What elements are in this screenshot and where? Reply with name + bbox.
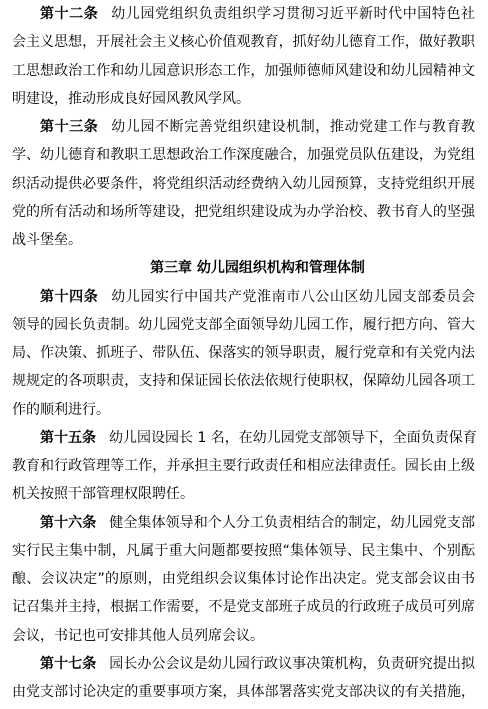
chapter-heading: 第三章 幼儿园组织机构和管理体制 [12,254,475,282]
paragraph-line: 党的所有活动和场所等建设，把党组织建设成为办学治校、教书育人的坚强 [12,198,475,226]
paragraph-line: 学、幼儿德育和教职工思想政治工作深度融合，加强党员队伍建设，为党组 [12,141,475,169]
paragraph-line: 实行民主集中制，凡属于重大问题都要按照“集体领导、民主集中、个别酝 [12,537,475,565]
paragraph-line: 由党支部讨论决定的重要事项方案，具体部署落实党支部决议的有关措施， [12,678,475,706]
line-text: 幼儿园实行中国共产党淮南市八公山区幼儿园支部委员会 [111,289,475,305]
paragraph-line: 作的顺利进行。 [12,396,475,424]
line-text: 幼儿园设园长 1 名，在幼儿园党支部领导下，全面负责保育 [109,430,477,446]
article-label: 第十二条 [40,6,98,22]
article-label: 第十七条 [40,656,96,672]
paragraph-first-line: 第十六条健全集体领导和个人分工负责相结合的制定，幼儿园党支部 [12,509,475,537]
article-label: 第十六条 [40,515,96,531]
article-16: 第十六条健全集体领导和个人分工负责相结合的制定，幼儿园党支部 实行民主集中制，凡… [12,509,475,650]
line-text: 幼儿园党组织负责组织学习贯彻习近平新时代中国特色社 [111,6,475,22]
line-text: 健全集体领导和个人分工负责相结合的制定，幼儿园党支部 [109,515,475,531]
paragraph-line: 规规定的各项职责，支持和保证园长依法依规行使职权，保障幼儿园各项工 [12,367,475,395]
paragraph-line: 会主义思想，开展社会主义核心价值观教育，抓好幼儿德育工作，做好教职 [12,28,475,56]
article-label: 第十四条 [40,289,98,305]
paragraph-line: 会议，书记也可安排其他人员列席会议。 [12,622,475,650]
article-17: 第十七条园长办公会议是幼儿园行政议事决策机构，负责研究提出拟 由党支部讨论决定的… [12,650,475,707]
paragraph-first-line: 第十四条幼儿园实行中国共产党淮南市八公山区幼儿园支部委员会 [12,283,475,311]
article-12: 第十二条幼儿园党组织负责组织学习贯彻习近平新时代中国特色社 会主义思想，开展社会… [12,0,475,113]
article-label: 第十五条 [40,430,96,446]
paragraph-line: 领导的园长负责制。幼儿园党支部全面领导幼儿园工作，履行把方向、管大 [12,311,475,339]
paragraph-line: 战斗堡垒。 [12,226,475,254]
paragraph-line: 工思想政治工作和幼儿园意识形态工作，加强师德师风建设和幼儿园精神文 [12,57,475,85]
article-label: 第十三条 [40,119,98,135]
article-14: 第十四条幼儿园实行中国共产党淮南市八公山区幼儿园支部委员会 领导的园长负责制。幼… [12,283,475,424]
paragraph-line: 局、作决策、抓班子、带队伍、保落实的领导职责，履行党章和有关党内法 [12,339,475,367]
paragraph-line: 机关按照干部管理权限聘任。 [12,480,475,508]
paragraph-line: 织活动提供必要条件，将党组织活动经费纳入幼儿园预算，支持党组织开展 [12,170,475,198]
article-13: 第十三条幼儿园不断完善党组织建设机制，推动党建工作与教育教 学、幼儿德育和教职工… [12,113,475,254]
paragraph-first-line: 第十七条园长办公会议是幼儿园行政议事决策机构，负责研究提出拟 [12,650,475,678]
document-page: 第十二条幼儿园党组织负责组织学习贯彻习近平新时代中国特色社 会主义思想，开展社会… [0,0,488,706]
paragraph-first-line: 第十二条幼儿园党组织负责组织学习贯彻习近平新时代中国特色社 [12,0,475,28]
paragraph-first-line: 第十五条幼儿园设园长 1 名，在幼儿园党支部领导下，全面负责保育 [12,424,475,452]
paragraph-line: 明建设，推动形成良好园风教风学风。 [12,85,475,113]
paragraph-line: 记召集并主持，根据工作需要，不是党支部班子成员的行政班子成员可列席 [12,593,475,621]
paragraph-line: 酿、会议决定”的原则，由党组织会议集体讨论作出决定。党支部会议由书 [12,565,475,593]
paragraph-line: 教育和行政管理等工作，并承担主要行政责任和相应法律责任。园长由上级 [12,452,475,480]
line-text: 幼儿园不断完善党组织建设机制，推动党建工作与教育教 [111,119,475,135]
article-15: 第十五条幼儿园设园长 1 名，在幼儿园党支部领导下，全面负责保育 教育和行政管理… [12,424,475,509]
paragraph-first-line: 第十三条幼儿园不断完善党组织建设机制，推动党建工作与教育教 [12,113,475,141]
line-text: 园长办公会议是幼儿园行政议事决策机构，负责研究提出拟 [109,656,475,672]
